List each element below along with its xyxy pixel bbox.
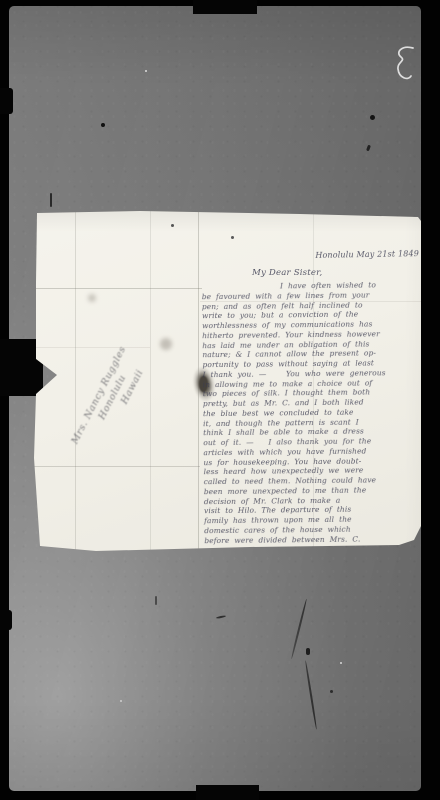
film-notch-bottom	[196, 785, 259, 800]
film-speck	[101, 123, 105, 127]
film-scratch-tick	[50, 193, 52, 207]
film-edge-bump	[0, 88, 13, 114]
fold-line-horizontal	[34, 288, 202, 289]
film-speck	[340, 662, 342, 664]
paper-speck	[171, 224, 174, 227]
film-speck	[370, 115, 375, 120]
film-speck	[330, 690, 333, 693]
fold-line-vertical	[150, 211, 151, 551]
paper-speck	[231, 236, 234, 239]
film-edge-bump	[0, 610, 12, 630]
fold-line-vertical	[75, 211, 76, 551]
film-notch-top	[193, 0, 257, 14]
microfilm-frame: Mrs. Nancy Ruggles Honolulu Hawaii Honol…	[0, 0, 440, 800]
film-speck	[120, 700, 122, 702]
curl-scratch-mark	[392, 45, 420, 87]
film-scratch-tick	[155, 596, 157, 605]
letter-body: I have often wished to be favoured with …	[202, 280, 433, 546]
fold-line-horizontal	[33, 466, 200, 467]
film-speck	[145, 70, 147, 72]
film-speck	[306, 648, 310, 655]
salutation: My Dear Sister,	[252, 268, 322, 278]
paper-blotch	[88, 294, 96, 302]
